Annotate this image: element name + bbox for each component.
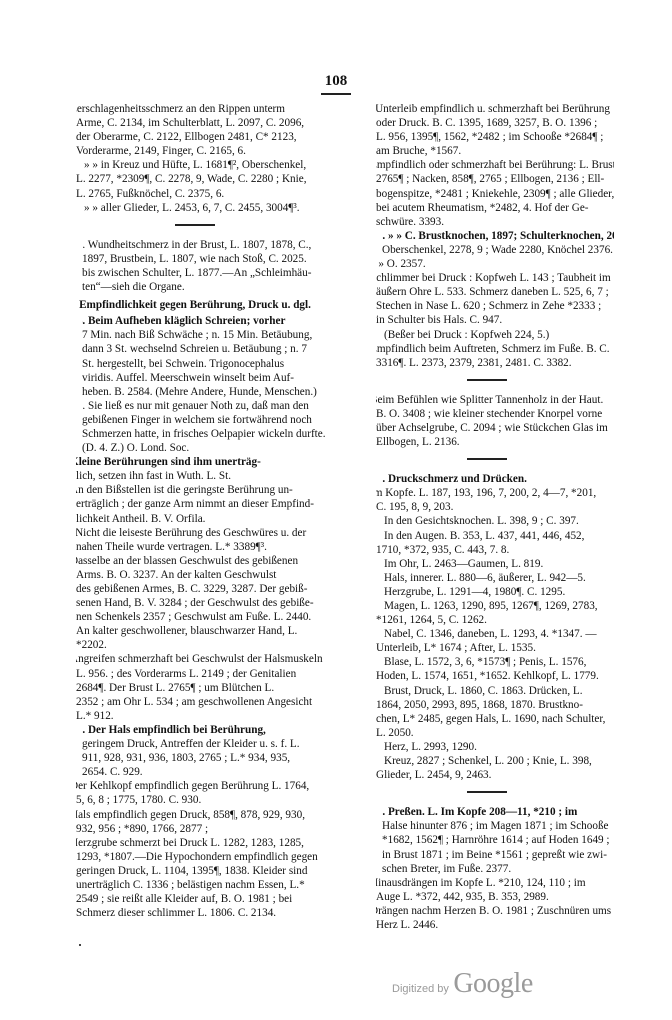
sub-herzgrube-r: Herzgrube, L. 1291—4, 1980¶. C. 1295. bbox=[360, 585, 614, 599]
entry-3620: 3620. Preßen. L. Im Kopfe 208—11, *210 ;… bbox=[360, 805, 614, 875]
entry-3615: 3615. » » C. Brustknochen, 1897; Schulte… bbox=[360, 229, 614, 257]
sub-herzgrube: Herzgrube schmerzt bei Druck L. 1282, 12… bbox=[60, 836, 330, 921]
sub-hals-innerer: Hals, innerer. L. 880—6, äußerer, L. 942… bbox=[360, 571, 614, 585]
sub-magen: Magen, L. 1263, 1290, 895, 1267¶, 1269, … bbox=[360, 599, 614, 627]
intro-sub-glieder: » » aller Glieder, L. 2453, 6, 7, C. 245… bbox=[60, 201, 330, 215]
right-column: ¶Unterleib empfindlich u. schmerzhaft be… bbox=[360, 102, 614, 932]
section-divider bbox=[467, 379, 507, 381]
scan-speck bbox=[79, 944, 81, 946]
page-number: 108 bbox=[0, 73, 672, 90]
section-divider bbox=[467, 791, 507, 793]
sub-hinausdraengen: Hinausdrängen im Kopfe L. *210, 124, 110… bbox=[360, 876, 614, 904]
sub-blase: Blase, L. 1572, 3, 6, *1573¶ ; Penis, L.… bbox=[360, 655, 614, 683]
sub-o2357: » » O. 2357. bbox=[360, 257, 614, 271]
section-divider bbox=[175, 224, 215, 226]
sub-bissstellen: An den Bißstellen ist die geringste Berü… bbox=[60, 483, 330, 525]
sub-kreuz: Kreuz, 2827 ; Schenkel, L. 200 ; Knie, L… bbox=[360, 754, 614, 782]
sub-augen: In den Augen. B. 353, L. 437, 441, 446, … bbox=[360, 529, 614, 557]
section-divider bbox=[467, 458, 507, 460]
para-befuehlen: Beim Befühlen wie Splitter Tannenholz in… bbox=[360, 393, 614, 449]
sub-schlimmer: Schlimmer bei Druck : Kopfweh L. 143 ; T… bbox=[360, 271, 614, 327]
sub-kleine-beruehrungen: Kleine Berührungen sind ihm unerträg- li… bbox=[60, 455, 330, 483]
sub-ohr: Im Ohr, L. 2463—Gaumen, L. 819. bbox=[360, 557, 614, 571]
sub-unterleib: ¶Unterleib empfindlich u. schmerzhaft be… bbox=[360, 102, 614, 158]
digitized-by-google-watermark: Digitized by Google bbox=[392, 968, 533, 1000]
page-number-rule bbox=[321, 93, 351, 95]
sub-herz: Herz, L. 2993, 1290. bbox=[360, 740, 614, 754]
entry-3610: 3610. Der Hals empfindlich bei Berührung… bbox=[60, 723, 330, 779]
sub-angreifen: Angreifen schmerzhaft bei Geschwulst der… bbox=[60, 652, 330, 722]
sub-empfindlich: Empfindlich oder schmerzhaft bei Berühru… bbox=[360, 158, 614, 228]
intro-paragraph: Zerschlagenheitsschmerz an den Rippen un… bbox=[60, 102, 330, 158]
sub-besser: (Beßer bei Druck : Kopfweh 224, 5.) bbox=[360, 328, 614, 342]
sub-auftreten: Empfindlich beim Auftreten, Schmerz im F… bbox=[360, 342, 614, 370]
sub-nabel: Nabel, C. 1346, daneben, L. 1293, 4. *13… bbox=[360, 627, 614, 655]
sub-brust: Brust, Druck, L. 1860, C. 1863. Drücken,… bbox=[360, 684, 614, 740]
entry-3603: 3603. Wundheitschmerz in der Brust, L. 1… bbox=[60, 238, 330, 294]
entry-3604: 3604. Beim Aufheben kläglich Schreien; v… bbox=[60, 314, 330, 399]
sub-draengen: Drängen nachm Herzen B. O. 1981 ; Zuschn… bbox=[360, 904, 614, 932]
entry-3619: 3619. Druckschmerz und Drücken. bbox=[360, 472, 614, 486]
section-heading: Empfindlichkeit gegen Berührung, Druck u… bbox=[60, 298, 330, 312]
sub-gesichtsknochen: In den Gesichtsknochen. L. 398, 9 ; C. 3… bbox=[360, 514, 614, 528]
sub-kopfe: Im Kopfe. L. 187, 193, 196, 7, 200, 2, 4… bbox=[360, 486, 614, 514]
sub-nicht-beruehrung: ¶Nicht die leiseste Berührung des Geschw… bbox=[60, 526, 330, 554]
sub-kehlkopf: Der Kehlkopf empfindlich gegen Berührung… bbox=[60, 779, 330, 807]
intro-sub-kreuz: » » in Kreuz und Hüfte, L. 1681¶², Obers… bbox=[60, 158, 330, 200]
entry-3605: 3605. Sie ließ es nur mit genauer Noth z… bbox=[60, 399, 330, 455]
left-column: Zerschlagenheitsschmerz an den Rippen un… bbox=[60, 102, 330, 920]
sub-dasselbe: Dasselbe an der blassen Geschwulst des g… bbox=[60, 554, 330, 653]
sub-hals: Hals empfindlich gegen Druck, 858¶, 878,… bbox=[60, 808, 330, 836]
